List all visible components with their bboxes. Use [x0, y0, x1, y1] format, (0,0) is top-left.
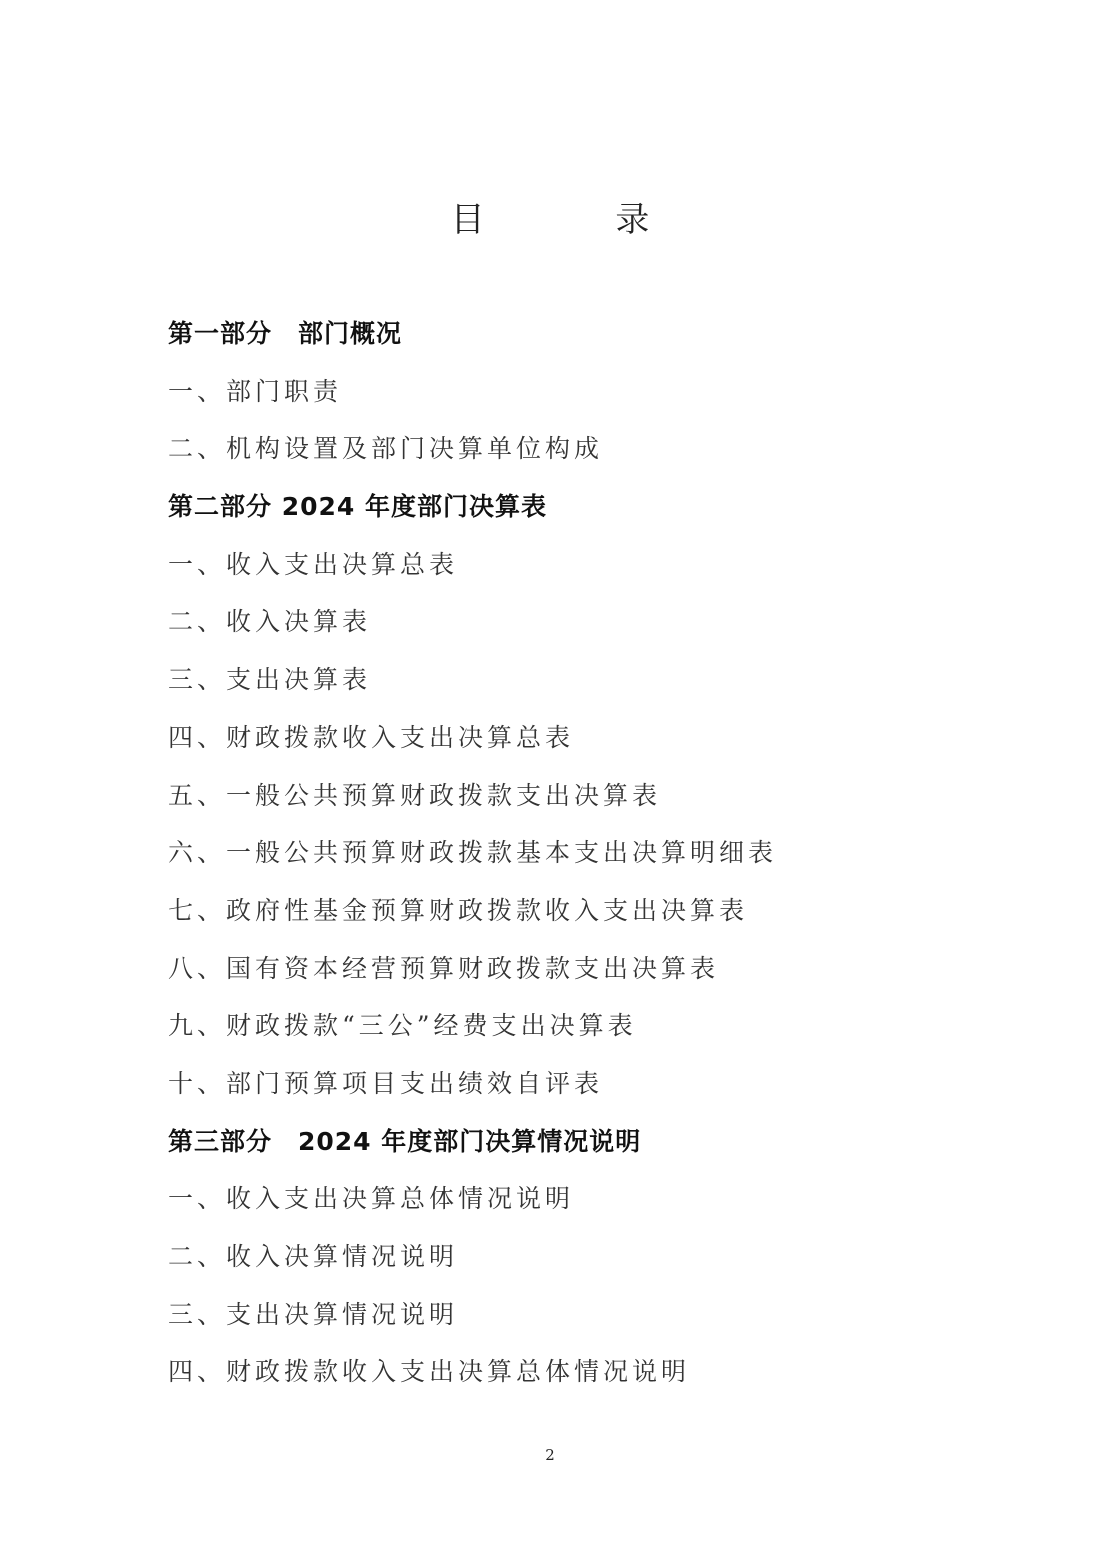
toc-item: 二、机构设置及部门决算单位构成: [168, 427, 777, 485]
toc-item: 一、收入支出决算总表: [168, 543, 777, 601]
toc-item: 四、财政拨款收入支出决算总表: [168, 716, 777, 774]
toc-item: 六、一般公共预算财政拨款基本支出决算明细表: [168, 831, 777, 889]
toc-item: 一、部门职责: [168, 370, 777, 428]
toc-item: 八、国有资本经营预算财政拨款支出决算表: [168, 947, 777, 1005]
toc-item: 七、政府性基金预算财政拨款收入支出决算表: [168, 889, 777, 947]
toc-item: 三、支出决算情况说明: [168, 1293, 777, 1351]
toc-item: 二、收入决算情况说明: [168, 1235, 777, 1293]
toc-item: 五、一般公共预算财政拨款支出决算表: [168, 774, 777, 832]
toc-item: 三、支出决算表: [168, 658, 777, 716]
toc-part-1: 第一部分 部门概况: [168, 312, 777, 370]
toc-part-3: 第三部分 2024 年度部门决算情况说明: [168, 1120, 777, 1178]
page-title: 目 录: [0, 192, 1100, 241]
toc-item: 九、财政拨款“三公”经费支出决算表: [168, 1004, 777, 1062]
page-number: 2: [0, 1446, 1100, 1464]
toc-item: 十、部门预算项目支出绩效自评表: [168, 1062, 777, 1120]
table-of-contents: 第一部分 部门概况 一、部门职责 二、机构设置及部门决算单位构成 第二部分 20…: [168, 312, 777, 1408]
toc-item: 二、收入决算表: [168, 600, 777, 658]
toc-item: 四、财政拨款收入支出决算总体情况说明: [168, 1350, 777, 1408]
toc-part-2: 第二部分 2024 年度部门决算表: [168, 485, 777, 543]
toc-item: 一、收入支出决算总体情况说明: [168, 1177, 777, 1235]
